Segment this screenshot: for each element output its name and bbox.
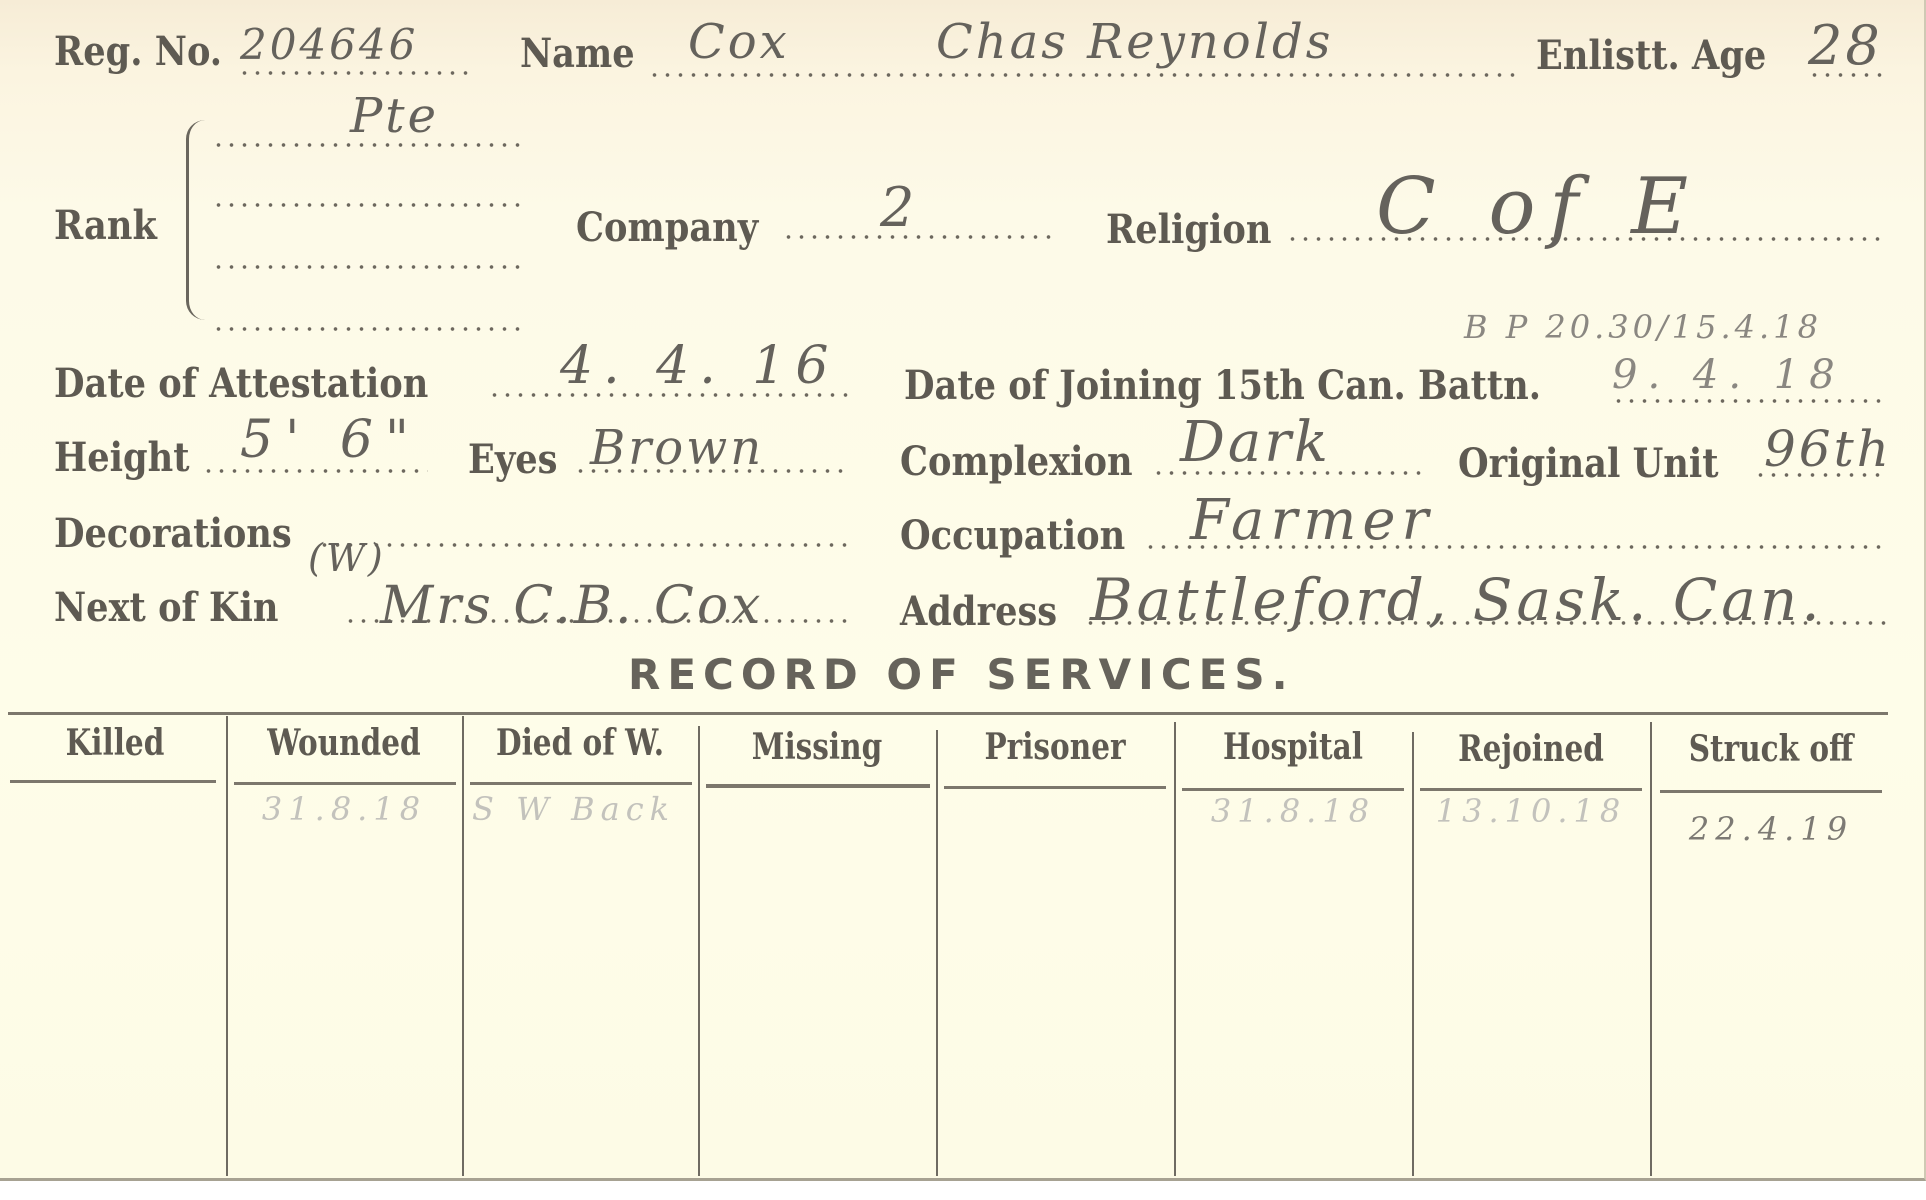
column-header-wounded: Wounded <box>251 722 438 778</box>
eyes-label: Eyes <box>468 436 557 483</box>
cell-died-of-wounds: S W Back <box>466 790 700 828</box>
header-underline <box>1182 788 1404 791</box>
column-header-hospital: Hospital <box>1199 726 1388 782</box>
rank-dotline-4 <box>212 326 528 332</box>
complexion-value: Dark <box>1180 410 1331 475</box>
decorations-dotline <box>318 542 850 548</box>
height-value: 5' 6" <box>240 410 421 470</box>
column-header-prisoner: Prisoner <box>961 726 1150 782</box>
cell-wounded: 31.8.18 <box>230 790 458 828</box>
joining-dotline <box>1612 398 1888 404</box>
column-divider <box>1650 722 1652 1176</box>
occupation-label: Occupation <box>900 512 1125 559</box>
table-top-rule <box>8 712 1888 715</box>
company-label: Company <box>576 204 758 251</box>
complexion-label: Complexion <box>900 438 1133 485</box>
next-of-kin-value: Mrs C.B. Cox <box>380 576 763 636</box>
column-header-rejoined: Rejoined <box>1437 728 1626 784</box>
decorations-label: Decorations <box>54 510 292 557</box>
column-divider <box>226 716 228 1176</box>
rank-dotline-3 <box>212 264 528 270</box>
header-underline <box>1660 790 1882 793</box>
given-names-value: Chas Reynolds <box>936 14 1333 70</box>
column-divider <box>936 730 938 1176</box>
company-value: 2 <box>880 176 917 239</box>
cell-rejoined: 13.10.18 <box>1416 792 1646 830</box>
cell-struck-off: 22.4.19 <box>1654 810 1888 848</box>
reg-no-dotline <box>238 70 476 76</box>
header-underline <box>944 786 1166 789</box>
column-divider <box>1412 732 1414 1176</box>
enlist-age-label: Enlistt. Age <box>1536 32 1766 79</box>
reg-no-label: Reg. No. <box>54 28 222 75</box>
column-header-died-of-wounds: Died of W. <box>487 722 674 778</box>
religion-value: C of E <box>1376 162 1702 252</box>
next-of-kin-label: Next of Kin <box>54 584 279 631</box>
name-label: Name <box>520 30 635 77</box>
attestation-value: 4. 4. 16 <box>560 336 838 396</box>
rank-dotline-2 <box>212 202 528 208</box>
rank-brace <box>186 120 205 320</box>
surname-value: Cox <box>688 14 790 70</box>
column-header-struck-off: Struck off <box>1675 728 1867 784</box>
rank-label: Rank <box>54 202 157 249</box>
column-divider <box>1174 722 1176 1176</box>
rank-value-1: Pte <box>350 88 439 144</box>
service-record-card: Reg. No. 204646 Name Cox Chas Reynolds E… <box>0 0 1926 1181</box>
header-underline <box>1420 788 1642 791</box>
record-of-services-title: RECORD OF SERVICES. <box>628 650 1295 699</box>
column-divider <box>462 716 464 1176</box>
reg-no-value: 204646 <box>240 20 418 69</box>
joining-label: Date of Joining 15th Can. Battn. <box>904 362 1541 409</box>
address-value: Battleford, Sask. Can. <box>1090 566 1824 634</box>
enlist-age-value: 28 <box>1808 14 1883 77</box>
religion-label: Religion <box>1106 206 1271 253</box>
original-unit-value: 96th <box>1764 420 1892 478</box>
occupation-value: Farmer <box>1190 488 1434 553</box>
header-underline <box>470 782 692 785</box>
bp-annotation: B P 20.30/15.4.18 <box>1464 308 1822 346</box>
company-dotline <box>782 234 1054 240</box>
header-underline <box>234 782 456 785</box>
column-header-killed: Killed <box>29 722 201 778</box>
column-header-missing: Missing <box>723 726 912 782</box>
header-underline <box>706 784 930 788</box>
address-label: Address <box>900 588 1057 635</box>
joining-value: 9. 4. 18 <box>1612 352 1845 398</box>
rank-dotline-1 <box>212 142 528 148</box>
decorations-note: (W) <box>308 536 386 580</box>
attestation-label: Date of Attestation <box>54 360 428 407</box>
name-dotline <box>648 72 1518 78</box>
height-label: Height <box>54 434 189 481</box>
original-unit-label: Original Unit <box>1458 440 1719 487</box>
eyes-value: Brown <box>590 420 764 476</box>
header-underline <box>10 780 216 783</box>
cell-hospital: 31.8.18 <box>1178 792 1408 830</box>
